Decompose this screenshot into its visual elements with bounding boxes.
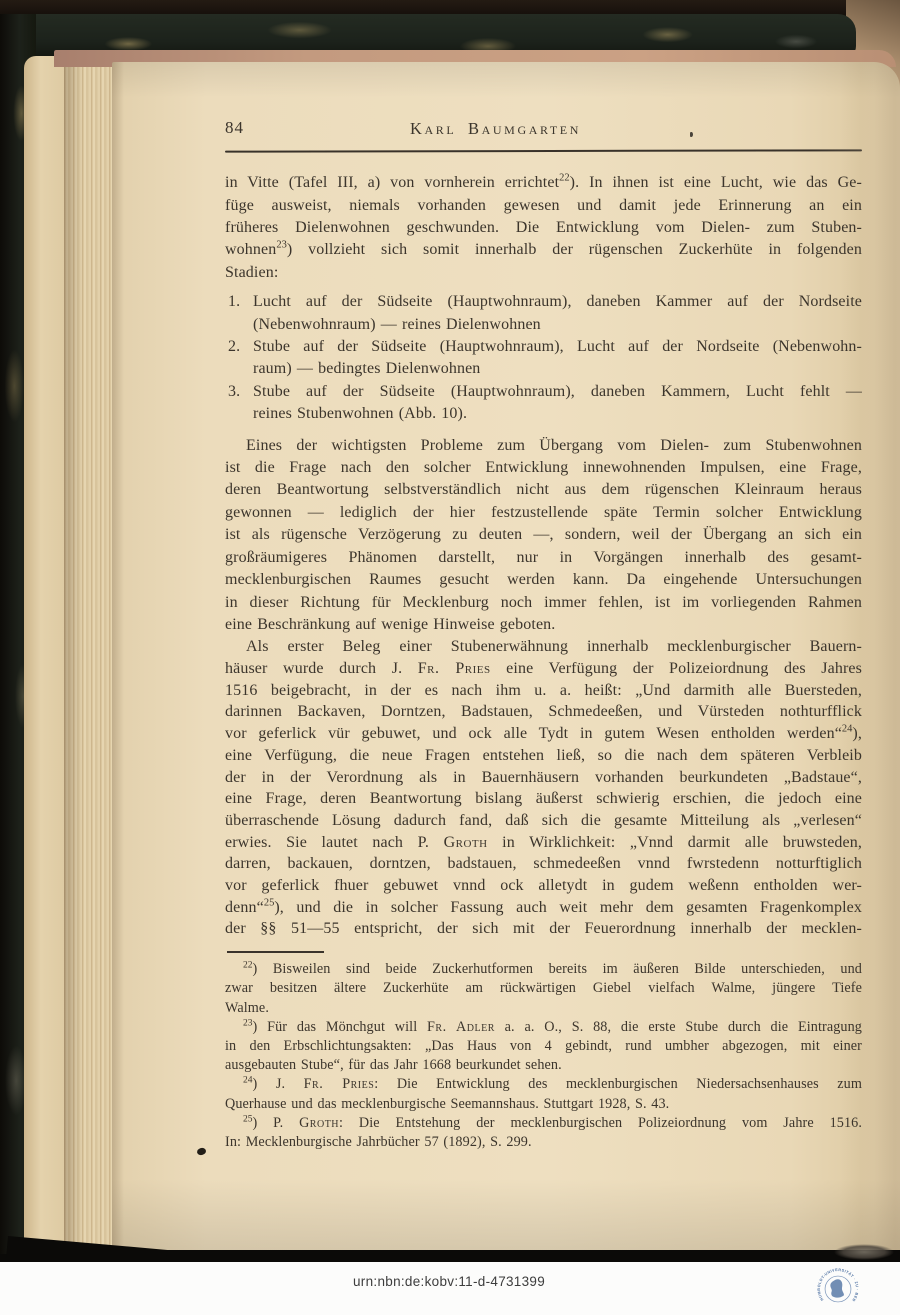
text-line: Stube auf der Südseite (Hauptwohnraum), … bbox=[253, 381, 862, 403]
footnote-22: 22) Bisweilen sind beide Zuckerhutformen… bbox=[225, 960, 862, 1018]
text-line: eine Frage, deren Beantwortung bislang ä… bbox=[225, 788, 862, 810]
list-item-number: 3. bbox=[228, 381, 240, 403]
text-line: in dieser Richtung für Mecklenburg noch … bbox=[225, 592, 862, 614]
text-line: häuser wurde durch J. Fr. Pries eine Ver… bbox=[225, 658, 862, 680]
text-line: überraschende Lösung dadurch fand, daß s… bbox=[225, 810, 862, 832]
urn-identifier: urn:nbn:de:kobv:11-d-4731399 bbox=[353, 1274, 545, 1289]
scan-footer-strip: urn:nbn:de:kobv:11-d-4731399 HUMBOLDT-UN… bbox=[0, 1262, 900, 1315]
text-line: darinnen Backaven, Dorntzen, Badstauen, … bbox=[225, 701, 862, 723]
text-line: der in der Verordnung als in Bauernhäuse… bbox=[225, 767, 862, 789]
text-line: erwies. Sie lautet nach P. Groth in Wirk… bbox=[225, 832, 862, 854]
text-line: In: Mecklenburgische Jahrbücher 57 (1892… bbox=[225, 1133, 862, 1152]
paragraph-3: Als erster Beleg einer Stubenerwähnung i… bbox=[225, 636, 862, 940]
text-line: Querhause und das mecklenburgische Seema… bbox=[225, 1095, 862, 1114]
text-line: Stadien: bbox=[225, 262, 862, 284]
text-line: großräumigeres Phänomen darstellt, nur i… bbox=[225, 547, 862, 569]
footnote-23: 23) Für das Mönchgut will Fr. Adler a. a… bbox=[225, 1018, 862, 1076]
text-line: eine Verfügung, die neue Fragen entstehe… bbox=[225, 745, 862, 767]
text-line: wohnen23) vollzieht sich somit innerhalb… bbox=[225, 239, 862, 261]
text-line: denn“25), und die in solcher Fassung auc… bbox=[225, 897, 862, 919]
text-line: Stube auf der Südseite (Hauptwohnraum), … bbox=[253, 336, 862, 358]
list-item-text: Stube auf der Südseite (Hauptwohnraum), … bbox=[253, 336, 862, 381]
text-line: vor geferlick fhuer gebuwet vnnd ock all… bbox=[225, 875, 862, 897]
text-line: 22) Bisweilen sind beide Zuckerhutformen… bbox=[225, 960, 862, 979]
text-line: Als erster Beleg einer Stubenerwähnung i… bbox=[225, 636, 862, 658]
list-item-number: 1. bbox=[228, 291, 240, 313]
paragraph-1: in Vitte (Tafel III, a) von vornherein e… bbox=[225, 172, 862, 284]
text-line: eine Beschränkung auf wenige Hinweise ge… bbox=[225, 614, 862, 636]
header-rule bbox=[225, 149, 862, 153]
humboldt-university-seal-watermark: HUMBOLDT-UNIVERSITÄT · ZU · BERLIN bbox=[815, 1266, 861, 1312]
page-header: 84 Karl Baumgarten bbox=[225, 118, 862, 140]
text-line: zwar besitzen ältere Zuckerhüte am rückw… bbox=[225, 979, 862, 998]
ink-speck bbox=[690, 132, 693, 137]
scanned-book-page: 84 Karl Baumgarten in Vitte (Tafel III, … bbox=[0, 0, 900, 1315]
text-line: früheres Dielenwohnen geschwunden. Die E… bbox=[225, 217, 862, 239]
text-line: Walme. bbox=[225, 999, 862, 1018]
page-text-column: 84 Karl Baumgarten in Vitte (Tafel III, … bbox=[225, 118, 862, 1152]
list-item: 2. Stube auf der Südseite (Hauptwohnraum… bbox=[225, 336, 862, 381]
numbered-list: 1. Lucht auf der Südseite (Hauptwohnraum… bbox=[225, 291, 862, 425]
footnote-24: 24) J. Fr. Pries: Die Entwicklung des me… bbox=[225, 1075, 862, 1113]
text-line: darren, backauen, dorntzen, badstauen, s… bbox=[225, 853, 862, 875]
text-line: der §§ 51—55 entspricht, der sich mit de… bbox=[225, 918, 862, 940]
list-item-text: Lucht auf der Südseite (Hauptwohnraum), … bbox=[253, 291, 862, 336]
text-line: deren Beantwortung selbstverständlich ni… bbox=[225, 479, 862, 501]
paragraph-2: Eines der wichtigsten Probleme zum Überg… bbox=[225, 435, 862, 637]
text-line: 23) Für das Mönchgut will Fr. Adler a. a… bbox=[225, 1018, 862, 1037]
text-line: ist als rügensche Verzögerung zu deuten … bbox=[225, 524, 862, 546]
text-line: mecklenburgischen Raumes gesucht werden … bbox=[225, 569, 862, 591]
footnote-25: 25) P. Groth: Die Entstehung der mecklen… bbox=[225, 1114, 862, 1152]
text-line: 25) P. Groth: Die Entstehung der mecklen… bbox=[225, 1114, 862, 1133]
text-line: Lucht auf der Südseite (Hauptwohnraum), … bbox=[253, 291, 862, 313]
list-item: 1. Lucht auf der Südseite (Hauptwohnraum… bbox=[225, 291, 862, 336]
list-item: 3. Stube auf der Südseite (Hauptwohnraum… bbox=[225, 381, 862, 426]
text-line: füge ausweist, niemals vorhanden gewesen… bbox=[225, 195, 862, 217]
text-line: (Nebenwohnraum) — reines Dielenwohnen bbox=[253, 314, 862, 336]
footnotes: 22) Bisweilen sind beide Zuckerhutformen… bbox=[225, 960, 862, 1152]
text-line: ist die Frage nach den solcher Entwicklu… bbox=[225, 457, 862, 479]
list-item-text: Stube auf der Südseite (Hauptwohnraum), … bbox=[253, 381, 862, 426]
running-head: Karl Baumgarten bbox=[225, 119, 766, 139]
text-line: in den Erbschlichtungsakten: „Das Haus v… bbox=[225, 1037, 862, 1056]
text-line: raum) — bedingtes Dielenwohnen bbox=[253, 358, 862, 380]
list-item-number: 2. bbox=[228, 336, 240, 358]
text-line: ausgebauten Stube“, für das Jahr 1668 be… bbox=[225, 1056, 862, 1075]
book-bottom-edge-highlight bbox=[834, 1244, 894, 1260]
text-line: reines Stubenwohnen (Abb. 10). bbox=[253, 403, 862, 425]
text-line: in Vitte (Tafel III, a) von vornherein e… bbox=[225, 172, 862, 194]
text-line: vor geferlick vür gebuwet, und ock alle … bbox=[225, 723, 862, 745]
text-line: gewonnen — lediglich der hier festzustel… bbox=[225, 502, 862, 524]
humboldt-portrait bbox=[830, 1279, 844, 1297]
footnote-divider bbox=[227, 951, 324, 953]
text-line: Eines der wichtigsten Probleme zum Überg… bbox=[225, 435, 862, 457]
text-line: 1516 beigebracht, in der es nach ihm u. … bbox=[225, 680, 862, 702]
text-line: 24) J. Fr. Pries: Die Entwicklung des me… bbox=[225, 1075, 862, 1094]
